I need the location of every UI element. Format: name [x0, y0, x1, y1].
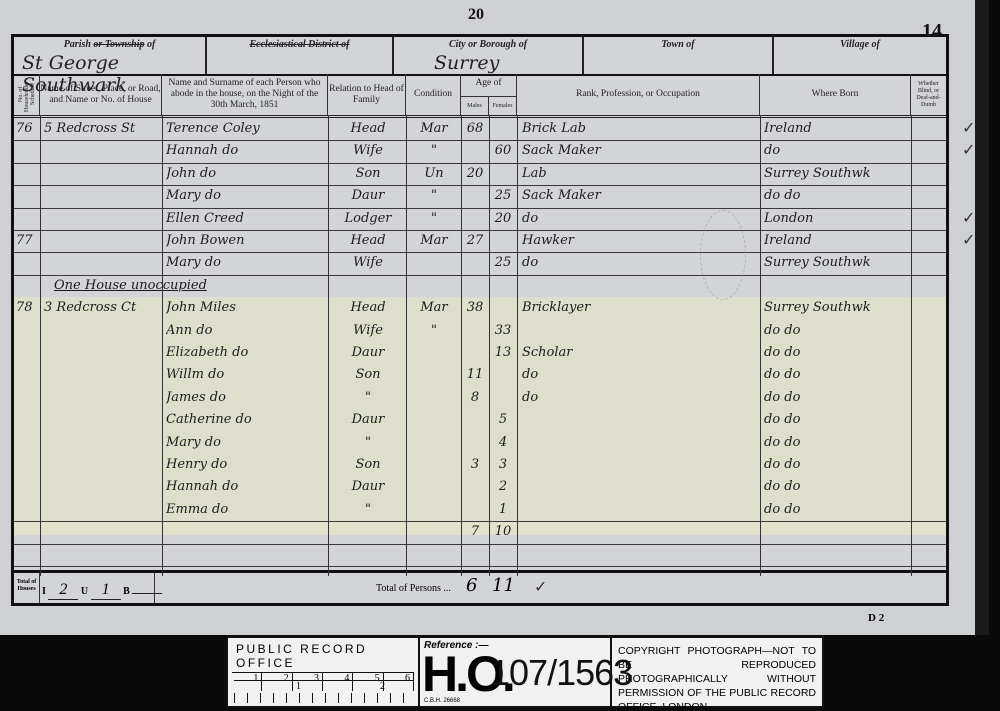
cell-name: James do — [166, 387, 326, 409]
cell-street — [44, 230, 160, 252]
cell-condition: Un — [408, 163, 460, 185]
cell-male-age: 68 — [463, 118, 487, 140]
cell-schedule — [16, 140, 40, 162]
cell-where-born: Ireland — [764, 118, 909, 140]
col-where-born: Where Born — [760, 74, 911, 115]
column-rule — [162, 115, 163, 576]
cell-relation — [332, 544, 404, 566]
cell-name: Terence Coley — [166, 118, 326, 140]
cell-female-age: 13 — [491, 342, 515, 364]
parish-label: Parish or Township of — [14, 39, 205, 50]
table-row: 765 Redcross StTerence ColeyHeadMar68Bri… — [14, 118, 946, 141]
table-row: Willm doSon11dodo do — [14, 364, 946, 387]
cell-relation: Wife — [332, 140, 404, 162]
cell-name — [166, 544, 326, 566]
cell-relation: Son — [332, 364, 404, 386]
cell-condition: " — [408, 140, 460, 162]
total-houses-label: Total of Houses — [14, 573, 40, 603]
cell-street — [44, 208, 160, 230]
cell-occupation: Bricklayer — [522, 297, 758, 319]
table-row: Emma do"1do do — [14, 499, 946, 522]
cell-where-born: do do — [764, 499, 909, 521]
cell-occupation: Brick Lab — [522, 118, 758, 140]
cell-where-born — [764, 275, 909, 297]
cell-condition — [408, 476, 460, 498]
cell-female-age — [491, 297, 515, 319]
column-rule — [406, 115, 407, 576]
cell-street — [44, 432, 160, 454]
cell-relation: Daur — [332, 409, 404, 431]
cell-street — [44, 342, 160, 364]
cell-female-age — [491, 275, 515, 297]
cell-street: 3 Redcross Ct — [44, 297, 160, 319]
table-row: James do"8dodo do — [14, 387, 946, 410]
cell-female-age: 5 — [491, 409, 515, 431]
check-icon: ✓ — [962, 208, 975, 227]
cell-relation: Head — [332, 230, 404, 252]
census-page: 20 14 Parish or Township of St George So… — [0, 0, 989, 635]
cell-female-age — [491, 387, 515, 409]
pro-title: PUBLIC RECORD OFFICE — [228, 638, 418, 672]
town-cell: Town of — [584, 37, 774, 74]
cell-relation — [332, 275, 404, 297]
cell-name: Willm do — [166, 364, 326, 386]
cell-relation: " — [332, 432, 404, 454]
cell-schedule — [16, 163, 40, 185]
column-rule — [760, 115, 761, 576]
cell-relation: Daur — [332, 342, 404, 364]
cell-schedule — [16, 252, 40, 274]
cell-condition: Mar — [408, 118, 460, 140]
table-row: Mary doWife25doSurrey Southwk — [14, 252, 946, 275]
cell-condition — [408, 387, 460, 409]
table-row: Catherine doDaur5do do — [14, 409, 946, 432]
cell-male-age — [463, 342, 487, 364]
column-rule — [911, 115, 912, 576]
cell-condition — [408, 252, 460, 274]
totals-row: Total of Houses I 2 U 1 B Total of Perso… — [14, 570, 946, 603]
header-strip: Parish or Township of St George Southwar… — [14, 37, 946, 76]
cell-male-age — [463, 208, 487, 230]
col-males: Males — [461, 96, 489, 115]
copyright-notice: COPYRIGHT PHOTOGRAPH—NOT TO BE REPRODUCE… — [612, 638, 822, 706]
column-rule — [489, 115, 490, 576]
cell-male-age: 20 — [463, 163, 487, 185]
village-cell: Village of — [774, 37, 946, 74]
cell-where-born — [764, 544, 909, 566]
city-cell: City or Borough of Surrey — [394, 37, 584, 74]
table-row: One House unoccupied — [14, 275, 946, 298]
cell-where-born: do do — [764, 320, 909, 342]
table-row: John doSonUn20LabSurrey Southwk — [14, 163, 946, 186]
col-schedule: No. of Householder's Schedule — [14, 74, 40, 115]
cell-schedule: 78 — [16, 297, 40, 319]
cell-name: Mary do — [166, 252, 326, 274]
cell-male-age — [463, 432, 487, 454]
cell-schedule — [16, 499, 40, 521]
cell-where-born: do do — [764, 409, 909, 431]
cell-condition: " — [408, 320, 460, 342]
cell-condition — [408, 521, 460, 543]
cell-schedule — [16, 476, 40, 498]
cell-condition — [408, 499, 460, 521]
cell-schedule — [16, 342, 40, 364]
cell-street — [44, 544, 160, 566]
total-persons-label: Total of Persons ... — [376, 583, 451, 594]
check-icon: ✓ — [962, 118, 975, 137]
cell-occupation: Lab — [522, 163, 758, 185]
cell-street — [44, 252, 160, 274]
cell-street — [44, 320, 160, 342]
cell-schedule — [16, 185, 40, 207]
cell-where-born: Surrey Southwk — [764, 163, 909, 185]
column-rule — [461, 115, 462, 576]
cell-schedule — [16, 320, 40, 342]
cell-name: John do — [166, 163, 326, 185]
public-record-office-label: PUBLIC RECORD OFFICE 123456 1 2 Referenc… — [226, 636, 824, 708]
column-rule — [328, 115, 329, 576]
cell-relation: Daur — [332, 185, 404, 207]
page-number: 20 — [468, 6, 484, 24]
cell-name: Elizabeth do — [166, 342, 326, 364]
cell-female-age: 25 — [491, 185, 515, 207]
cell-condition — [408, 342, 460, 364]
city-value: Surrey — [434, 52, 499, 74]
reference-panel: Reference :— H.O. 107/1563 C.B.H. 26668 — [420, 638, 612, 706]
cell-occupation — [522, 544, 758, 566]
table-row: Ann doWife"33do do — [14, 320, 946, 343]
cell-name: Ellen Creed — [166, 208, 326, 230]
cell-street — [44, 454, 160, 476]
cell-occupation — [522, 409, 758, 431]
cell-where-born — [764, 521, 909, 543]
cell-occupation — [522, 476, 758, 498]
cell-male-age — [463, 476, 487, 498]
cell-relation: " — [332, 387, 404, 409]
cell-where-born: Ireland — [764, 230, 909, 252]
cell-occupation: do — [522, 364, 758, 386]
cell-where-born: do do — [764, 432, 909, 454]
cell-female-age: 33 — [491, 320, 515, 342]
cell-male-age: 38 — [463, 297, 487, 319]
cell-schedule: 77 — [16, 230, 40, 252]
col-relation: Relation to Head of Family — [328, 74, 406, 115]
check-icon: ✓ — [962, 140, 975, 159]
table-row: 783 Redcross CtJohn MilesHeadMar38Brickl… — [14, 297, 946, 320]
column-headers: No. of Householder's Schedule Name of St… — [14, 74, 946, 118]
cell-where-born: do do — [764, 454, 909, 476]
cell-where-born: Surrey Southwk — [764, 297, 909, 319]
cell-street — [44, 387, 160, 409]
cell-male-age: 8 — [463, 387, 487, 409]
cell-female-age: 4 — [491, 432, 515, 454]
reference-code: C.B.H. 26668 — [424, 698, 460, 704]
cell-name: Henry do — [166, 454, 326, 476]
check-icon: ✓ — [962, 230, 975, 249]
cell-male-age — [463, 140, 487, 162]
cell-relation: Son — [332, 163, 404, 185]
cell-male-age: 11 — [463, 364, 487, 386]
cell-relation — [332, 521, 404, 543]
cell-occupation: do — [522, 387, 758, 409]
total-houses: I 2 U 1 B — [42, 581, 162, 600]
cell-relation: " — [332, 499, 404, 521]
cell-male-age — [463, 252, 487, 274]
cell-male-age: 27 — [463, 230, 487, 252]
cell-name: Hannah do — [166, 140, 326, 162]
cell-where-born: Surrey Southwk — [764, 252, 909, 274]
cell-occupation — [522, 521, 758, 543]
cell-schedule — [16, 275, 40, 297]
cell-occupation — [522, 320, 758, 342]
total-males: 6 — [466, 575, 477, 596]
cell-where-born: London — [764, 208, 909, 230]
cell-male-age: 7 — [463, 521, 487, 543]
cell-name: Hannah do — [166, 476, 326, 498]
cell-relation: Lodger — [332, 208, 404, 230]
cell-male-age — [463, 409, 487, 431]
cell-occupation: Scholar — [522, 342, 758, 364]
cell-condition — [408, 409, 460, 431]
cell-name: Emma do — [166, 499, 326, 521]
col-street: Name of Street, Place, or Road, and Name… — [40, 74, 162, 115]
cell-condition: Mar — [408, 230, 460, 252]
column-rule — [40, 115, 41, 576]
cell-condition: " — [408, 185, 460, 207]
cell-relation: Son — [332, 454, 404, 476]
town-label: Town of — [584, 39, 772, 50]
cell-female-age: 25 — [491, 252, 515, 274]
cell-female-age — [491, 544, 515, 566]
total-females: 11 — [492, 575, 515, 596]
cell-schedule — [16, 454, 40, 476]
reference-number: 107/1563 — [490, 652, 632, 694]
cell-occupation: Sack Maker — [522, 140, 758, 162]
cell-schedule — [16, 364, 40, 386]
table-row: 710 — [14, 521, 946, 544]
census-form: Parish or Township of St George Southwar… — [11, 34, 949, 606]
table-row: 77John BowenHeadMar27HawkerIreland✓ — [14, 230, 946, 253]
table-row: Hannah doWife"60Sack Makerdo✓ — [14, 140, 946, 163]
col-name: Name and Surname of each Person who abod… — [162, 74, 328, 115]
ecclesiastical-cell: Ecclesiastical District of — [207, 37, 394, 74]
table-row: Hannah doDaur2do do — [14, 476, 946, 499]
cell-male-age — [463, 275, 487, 297]
cell-occupation: Sack Maker — [522, 185, 758, 207]
col-occupation: Rank, Profession, or Occupation — [517, 74, 760, 115]
ecclesiastical-label: Ecclesiastical District of — [207, 39, 392, 50]
check-icon: ✓ — [534, 577, 547, 596]
cell-male-age — [463, 499, 487, 521]
table-row: Henry doSon33do do — [14, 454, 946, 477]
cell-schedule: 76 — [16, 118, 40, 140]
cell-street — [44, 476, 160, 498]
cell-street — [44, 185, 160, 207]
cell-schedule — [16, 544, 40, 566]
cell-condition — [408, 364, 460, 386]
cell-condition: Mar — [408, 297, 460, 319]
cell-name: John Miles — [166, 297, 326, 319]
cell-male-age — [463, 320, 487, 342]
cell-where-born: do do — [764, 387, 909, 409]
col-blind-deaf: Whether Blind, or Deaf-and-Dumb — [911, 74, 946, 115]
cell-male-age — [463, 544, 487, 566]
cell-street — [44, 521, 160, 543]
cell-condition — [408, 454, 460, 476]
cell-name: Catherine do — [166, 409, 326, 431]
col-females: Females — [489, 96, 517, 115]
cell-female-age: 3 — [491, 454, 515, 476]
cell-female-age: 1 — [491, 499, 515, 521]
cell-female-age — [491, 118, 515, 140]
ruler-panel: PUBLIC RECORD OFFICE 123456 1 2 — [228, 638, 420, 706]
houses-inhabited: 2 — [48, 581, 78, 600]
parish-cell: Parish or Township of St George Southwar… — [14, 37, 207, 74]
cell-name: Ann do — [166, 320, 326, 342]
cell-schedule — [16, 521, 40, 543]
cell-female-age: 2 — [491, 476, 515, 498]
cell-relation: Head — [332, 118, 404, 140]
cell-relation: Wife — [332, 252, 404, 274]
cell-condition — [408, 275, 460, 297]
cell-where-born: do do — [764, 476, 909, 498]
cell-female-age: 60 — [491, 140, 515, 162]
cell-condition: " — [408, 208, 460, 230]
cell-schedule — [16, 432, 40, 454]
city-label: City or Borough of — [394, 39, 582, 50]
ruler-inches: 1 2 — [234, 680, 414, 703]
cell-where-born: do do — [764, 342, 909, 364]
cell-street — [44, 163, 160, 185]
cell-street — [44, 140, 160, 162]
footer-code: D 2 — [868, 612, 884, 624]
table-row: Mary do"4do do — [14, 432, 946, 455]
col-condition: Condition — [406, 74, 461, 115]
table-row: Ellen CreedLodger"20doLondon✓ — [14, 208, 946, 231]
cell-name — [166, 521, 326, 543]
cell-condition — [408, 432, 460, 454]
table-row: Mary doDaur"25Sack Makerdo do — [14, 185, 946, 208]
cell-name — [166, 275, 326, 297]
cell-condition — [408, 544, 460, 566]
village-label: Village of — [774, 39, 946, 50]
cell-street: 5 Redcross St — [44, 118, 160, 140]
cell-occupation — [522, 499, 758, 521]
cell-female-age — [491, 163, 515, 185]
cell-schedule — [16, 208, 40, 230]
cell-relation: Wife — [332, 320, 404, 342]
cell-female-age: 10 — [491, 521, 515, 543]
cell-relation: Daur — [332, 476, 404, 498]
cell-name: John Bowen — [166, 230, 326, 252]
cell-female-age — [491, 230, 515, 252]
table-row: Elizabeth doDaur13Scholardo do — [14, 342, 946, 365]
cell-male-age: 3 — [463, 454, 487, 476]
cell-street — [44, 364, 160, 386]
cell-occupation — [522, 454, 758, 476]
cell-name: Mary do — [166, 185, 326, 207]
cell-where-born: do do — [764, 185, 909, 207]
cell-street — [44, 409, 160, 431]
cell-street — [44, 499, 160, 521]
cell-relation: Head — [332, 297, 404, 319]
cell-female-age: 20 — [491, 208, 515, 230]
cell-schedule — [16, 409, 40, 431]
cell-occupation — [522, 432, 758, 454]
houses-uninhabited: 1 — [91, 581, 121, 600]
cell-where-born: do do — [764, 364, 909, 386]
cell-male-age — [463, 185, 487, 207]
cell-schedule — [16, 387, 40, 409]
cell-female-age — [491, 364, 515, 386]
cell-where-born: do — [764, 140, 909, 162]
column-rule — [517, 115, 518, 576]
stamp-mark — [700, 210, 746, 300]
cell-name: Mary do — [166, 432, 326, 454]
table-row — [14, 544, 946, 567]
